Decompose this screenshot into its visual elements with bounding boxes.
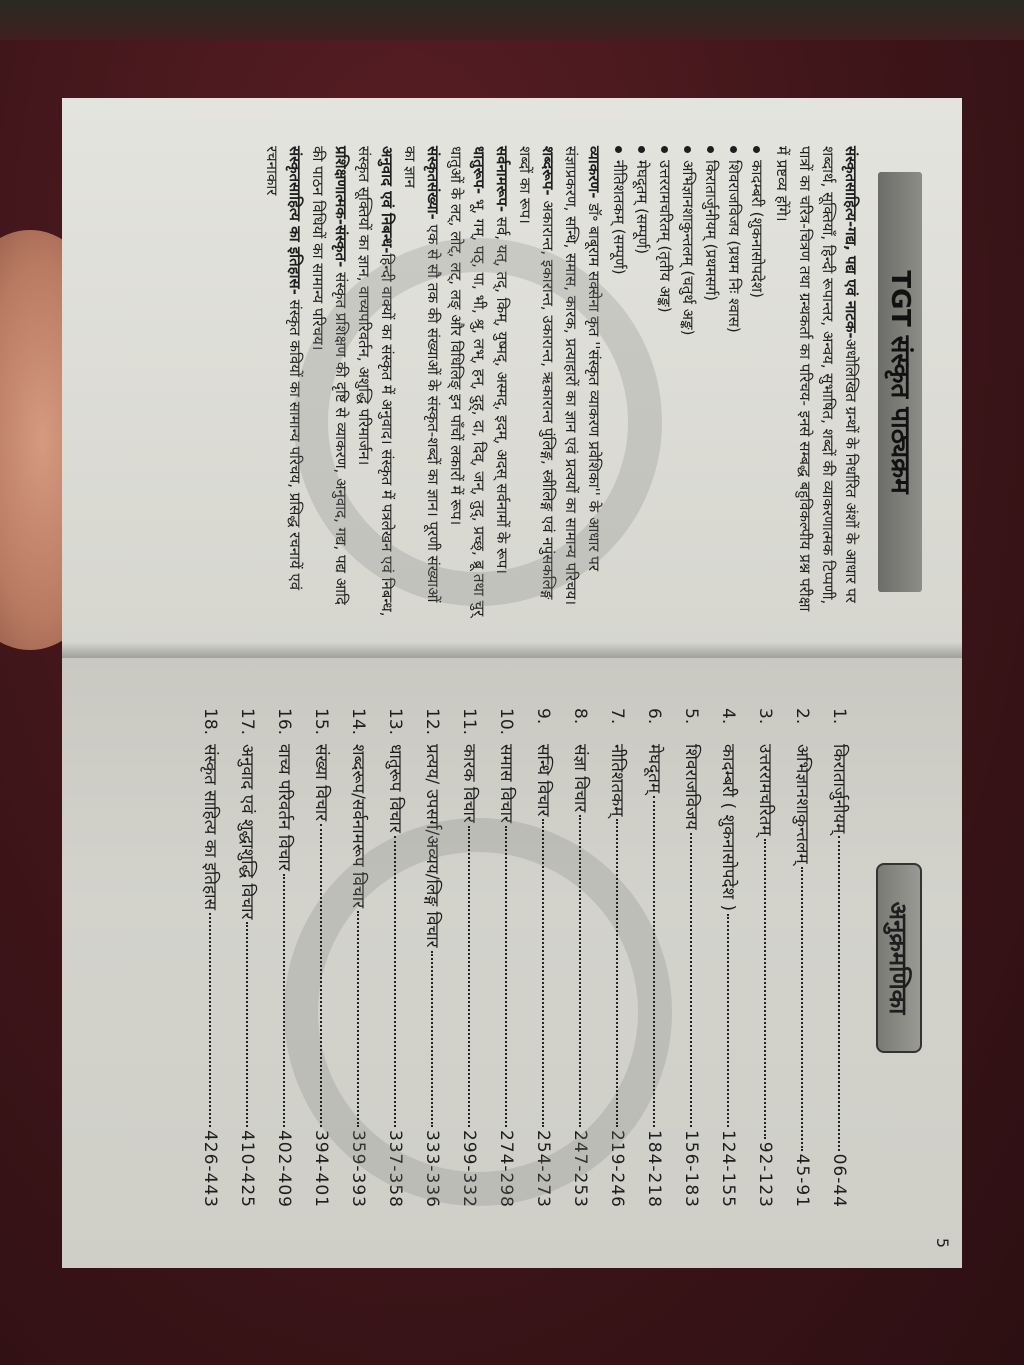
- syllabus-heading: TGT संस्कृत पाठ्यक्रम: [878, 172, 922, 592]
- syllabus-section: प्रशिक्षणात्मक-संस्कृत- संस्कृत प्रशिक्ष…: [306, 146, 352, 618]
- toc-entry: 11.कारक विचार299-332: [445, 708, 482, 1208]
- toc-entry: 14.शब्दरूप/सर्वनामरूप विचार359-393: [334, 708, 371, 1208]
- syllabus-section: अनुवाद एवं निबन्ध-हिन्दी वाक्यों का संस्…: [352, 146, 398, 618]
- syllabus-section: संस्कृतसाहित्य का इतिहास- संस्कृत कवियों…: [260, 146, 306, 618]
- toc-pages: 274-298: [496, 1130, 516, 1208]
- book-list: कादम्बरी (शुकनासोपदेश)शिवराजविजय (प्रथम …: [607, 146, 768, 618]
- toc-title: वाच्य परिवर्तन विचार: [274, 744, 297, 871]
- toc-title: शब्दरूप/सर्वनामरूप विचार: [348, 744, 371, 908]
- table-of-contents: 1.किरातार्जुनीयम्06-442.अभिज्ञानशाकुन्तल…: [186, 708, 852, 1208]
- toc-num: 12.: [422, 708, 442, 744]
- syllabus-section: संस्कृतसंख्या- एक से सौ तक की संख्याओं क…: [398, 146, 444, 618]
- toc-pages: 426-443: [200, 1130, 220, 1208]
- toc-num: 7.: [607, 708, 627, 744]
- toc-entry: 1.किरातार्जुनीयम्06-44: [815, 708, 852, 1208]
- toc-entry: 15.संख्या विचार394-401: [297, 708, 334, 1208]
- syllabus-page: TGT संस्कृत पाठ्यक्रम संस्कृतसाहित्य-गद्…: [62, 98, 962, 658]
- toc-leader-dots: [801, 867, 803, 1151]
- toc-num: 10.: [496, 708, 516, 744]
- toc-leader-dots: [394, 836, 396, 1127]
- toc-pages: 410-425: [237, 1130, 257, 1208]
- toc-entry: 7.नीतिशतकम्219-246: [593, 708, 630, 1208]
- toc-entry: 3.उत्तररामचरितम्92-123: [741, 708, 778, 1208]
- book-item: अभिज्ञानशाकुन्तलम् (चतुर्थ अङ्क): [676, 146, 699, 618]
- index-title: अनुक्रमणिका: [876, 863, 922, 1053]
- toc-entry: 2.अभिज्ञानशाकुन्तलम्45-91: [778, 708, 815, 1208]
- toc-pages: 219-246: [607, 1130, 627, 1208]
- toc-title: धातुरूप विचार: [385, 744, 408, 833]
- toc-leader-dots: [357, 911, 359, 1127]
- toc-pages: 247-253: [570, 1130, 590, 1208]
- toc-num: 1.: [829, 708, 849, 744]
- toc-entry: 9.सन्धि विचार254-273: [519, 708, 556, 1208]
- toc-leader-dots: [431, 951, 433, 1127]
- toc-entry: 6.मेघदूतम्184-218: [630, 708, 667, 1208]
- toc-pages: 184-218: [644, 1130, 664, 1208]
- toc-entry: 8.संज्ञा विचार247-253: [556, 708, 593, 1208]
- book-item: कादम्बरी (शुकनासोपदेश): [745, 146, 768, 618]
- toc-leader-dots: [579, 815, 581, 1127]
- toc-entry: 4.कादम्बरी ( शुकनासोपदेश )124-155: [704, 708, 741, 1208]
- toc-num: 17.: [237, 708, 257, 744]
- toc-title: अभिज्ञानशाकुन्तलम्: [792, 744, 815, 864]
- toc-leader-dots: [690, 833, 692, 1127]
- toc-pages: 402-409: [274, 1130, 294, 1208]
- toc-num: 9.: [533, 708, 553, 744]
- toc-num: 16.: [274, 708, 294, 744]
- toc-title: समास विचार: [496, 744, 519, 823]
- toc-entry: 18.संस्कृत साहित्य का इतिहास426-443: [186, 708, 223, 1208]
- toc-leader-dots: [616, 819, 618, 1127]
- toc-num: 2.: [792, 708, 812, 744]
- toc-pages: 45-91: [792, 1154, 812, 1208]
- syllabus-section: व्याकरण- डॉ॰ बाबूराम सक्सेना कृत ''संस्क…: [559, 146, 605, 618]
- toc-num: 18.: [200, 708, 220, 744]
- book-item: उत्तररामचरितम् (तृतीय अङ्क): [653, 146, 676, 618]
- toc-pages: 254-273: [533, 1130, 553, 1208]
- syllabus-sections: व्याकरण- डॉ॰ बाबूराम सक्सेना कृत ''संस्क…: [260, 146, 605, 618]
- toc-pages: 92-123: [755, 1142, 775, 1208]
- toc-entry: 13.धातुरूप विचार337-358: [371, 708, 408, 1208]
- toc-title: अनुवाद एवं शुद्धाशुद्धि विचार: [237, 744, 260, 919]
- toc-leader-dots: [209, 913, 211, 1127]
- toc-title: नीतिशतकम्: [607, 744, 630, 816]
- toc-entry: 16.वाच्य परिवर्तन विचार402-409: [260, 708, 297, 1208]
- syllabus-section: सर्वनामरूप- सर्व, यत्, तद्, किम्, युष्मद…: [490, 146, 513, 618]
- toc-title: उत्तररामचरितम्: [755, 744, 778, 836]
- toc-pages: 299-332: [459, 1130, 479, 1208]
- syllabus-section: शब्दरूप- अकारान्त, इकारान्त, उकारान्त, ऋ…: [513, 146, 559, 618]
- syllabus-section: धातुरूप- भू, गम्, पठ्, पा, भी, श्रु, लभ्…: [444, 146, 490, 618]
- intro-paragraph: संस्कृतसाहित्य-गद्य, पद्य एवं नाटक-अधोलि…: [770, 146, 862, 618]
- toc-leader-dots: [653, 796, 655, 1127]
- toc-title: संस्कृत साहित्य का इतिहास: [200, 744, 223, 910]
- toc-entry: 10.समास विचार274-298: [482, 708, 519, 1208]
- toc-title: शिवराजविजय: [681, 744, 704, 830]
- toc-title: कारक विचार: [459, 744, 482, 823]
- toc-num: 11.: [459, 708, 479, 744]
- toc-num: 13.: [385, 708, 405, 744]
- page-number: 5: [933, 1238, 952, 1248]
- toc-title: संख्या विचार: [311, 744, 334, 821]
- toc-num: 15.: [311, 708, 331, 744]
- toc-pages: 333-336: [422, 1130, 442, 1208]
- book-item: मेघदूतम् (सम्पूर्ण): [630, 146, 653, 618]
- toc-num: 14.: [348, 708, 368, 744]
- toc-leader-dots: [764, 839, 766, 1139]
- toc-leader-dots: [505, 826, 507, 1127]
- toc-title: संज्ञा विचार: [570, 744, 593, 812]
- toc-leader-dots: [727, 914, 729, 1127]
- toc-pages: 156-183: [681, 1130, 701, 1208]
- toc-title: मेघदूतम्: [644, 744, 667, 793]
- toc-title: किरातार्जुनीयम्: [829, 744, 852, 833]
- toc-leader-dots: [246, 922, 248, 1127]
- toc-num: 6.: [644, 708, 664, 744]
- toc-pages: 394-401: [311, 1130, 331, 1208]
- toc-entry: 5.शिवराजविजय156-183: [667, 708, 704, 1208]
- toc-leader-dots: [283, 874, 285, 1127]
- toc-pages: 359-393: [348, 1130, 368, 1208]
- toc-pages: 337-358: [385, 1130, 405, 1208]
- toc-num: 4.: [718, 708, 738, 744]
- toc-entry: 17.अनुवाद एवं शुद्धाशुद्धि विचार410-425: [223, 708, 260, 1208]
- toc-leader-dots: [468, 826, 470, 1127]
- book-item: शिवराजविजय (प्रथम निः श्वास): [722, 146, 745, 618]
- toc-title: सन्धि विचार: [533, 744, 556, 816]
- toc-leader-dots: [838, 836, 840, 1150]
- toc-num: 3.: [755, 708, 775, 744]
- toc-pages: 06-44: [829, 1154, 849, 1208]
- toc-num: 8.: [570, 708, 590, 744]
- index-page: 5 अनुक्रमणिका 1.किरातार्जुनीयम्06-442.अभ…: [62, 658, 962, 1268]
- book-item: किरातार्जुनीयम् (प्रथमसर्ग): [699, 146, 722, 618]
- toc-title: प्रत्यय/ उपसर्ग/अव्यय/लिङ्ग विचार: [422, 744, 445, 948]
- toc-leader-dots: [320, 824, 322, 1127]
- toc-pages: 124-155: [718, 1130, 738, 1208]
- book-item: नीतिशतकम् (सम्पूर्ण): [607, 146, 630, 618]
- toc-title: कादम्बरी ( शुकनासोपदेश ): [718, 744, 741, 911]
- open-book-spread: TGT संस्कृत पाठ्यक्रम संस्कृतसाहित्य-गद्…: [62, 98, 962, 1268]
- toc-entry: 12.प्रत्यय/ उपसर्ग/अव्यय/लिङ्ग विचार333-…: [408, 708, 445, 1208]
- toc-leader-dots: [542, 819, 544, 1127]
- toc-num: 5.: [681, 708, 701, 744]
- page-gutter: [62, 642, 962, 658]
